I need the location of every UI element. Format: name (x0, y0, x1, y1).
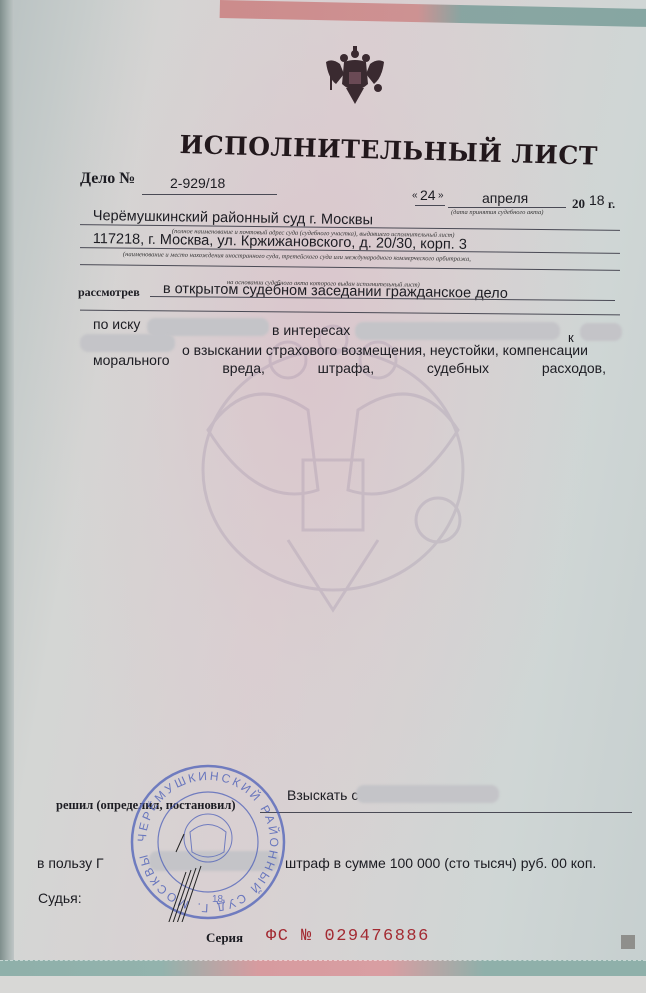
redacted-defendant (580, 323, 622, 341)
favor-text: штраф в сумме 100 000 (сто тысяч) руб. 0… (285, 855, 596, 871)
decorative-top-band (220, 0, 646, 27)
stamp-number: 18 (212, 894, 224, 905)
date-year-prefix: 20 (572, 196, 585, 212)
date-month-line (448, 207, 566, 208)
marker-square (621, 935, 635, 949)
redacted-debtor (356, 785, 499, 803)
case-label: Дело № (80, 170, 135, 188)
word-court: судебных (427, 360, 489, 376)
court-extra-line (80, 264, 620, 271)
date-year-unit: г. (608, 197, 615, 212)
considered-label: рассмотрев (78, 285, 140, 300)
case-number-line (142, 194, 277, 195)
paper-edge (0, 0, 14, 993)
word-expenses: расходов, (542, 360, 606, 376)
svg-text:ЧЕРЁМУШКИНСКИЙ РАЙОННЫЙ СУД Г.: ЧЕРЁМУШКИНСКИЙ РАЙОННЫЙ СУД Г. МОСКВЫ (135, 769, 282, 915)
court-seal-stamp-icon: ЧЕРЁМУШКИНСКИЙ РАЙОННЫЙ СУД Г. МОСКВЫ 18 (128, 762, 288, 922)
judge-label: Судья: (38, 890, 82, 906)
redacted-beneficiary (355, 322, 560, 340)
claim-in-interests: в интересах (272, 322, 350, 338)
date-close-quote: » (438, 190, 444, 201)
word-harm: вреда, (222, 360, 265, 376)
date-day-line (415, 205, 445, 206)
court-address-caption: (наименование и место нахождения иностра… (123, 251, 471, 263)
favor-lead: в пользу Г (37, 855, 104, 871)
serial-number: ФС № 029476886 (266, 927, 430, 946)
date-day: 24 (420, 187, 436, 203)
decorative-bottom-band (0, 960, 646, 977)
date-month: апреля (482, 190, 528, 206)
coat-of-arms-icon (322, 44, 388, 106)
word-moral: морального (93, 352, 170, 376)
case-number: 2-929/18 (170, 175, 225, 191)
document-page: ИСПОЛНИТЕЛЬНЫЙ ЛИСТ Дело № 2-929/18 « 24… (0, 0, 646, 993)
claim-lead: по иску (93, 316, 140, 332)
decision-line (260, 812, 632, 813)
stamp-ring-text: ЧЕРЁМУШКИНСКИЙ РАЙОННЫЙ СУД Г. МОСКВЫ (135, 769, 282, 915)
date-open-quote: « (412, 190, 418, 201)
redacted-beneficiary-2 (80, 334, 175, 352)
document-title: ИСПОЛНИТЕЛЬНЫЙ ЛИСТ (179, 130, 598, 171)
date-year-suffix: 18 (589, 192, 605, 208)
word-fine: штрафа, (318, 360, 374, 376)
serial-label: Серия (206, 930, 243, 946)
decision-value: Взыскать с (287, 787, 358, 803)
claim-subject-line2: морального вреда, штрафа, судебных расхо… (93, 355, 606, 376)
surface-below (0, 976, 646, 993)
date-caption: (дата принятия судебного акта) (451, 209, 543, 216)
